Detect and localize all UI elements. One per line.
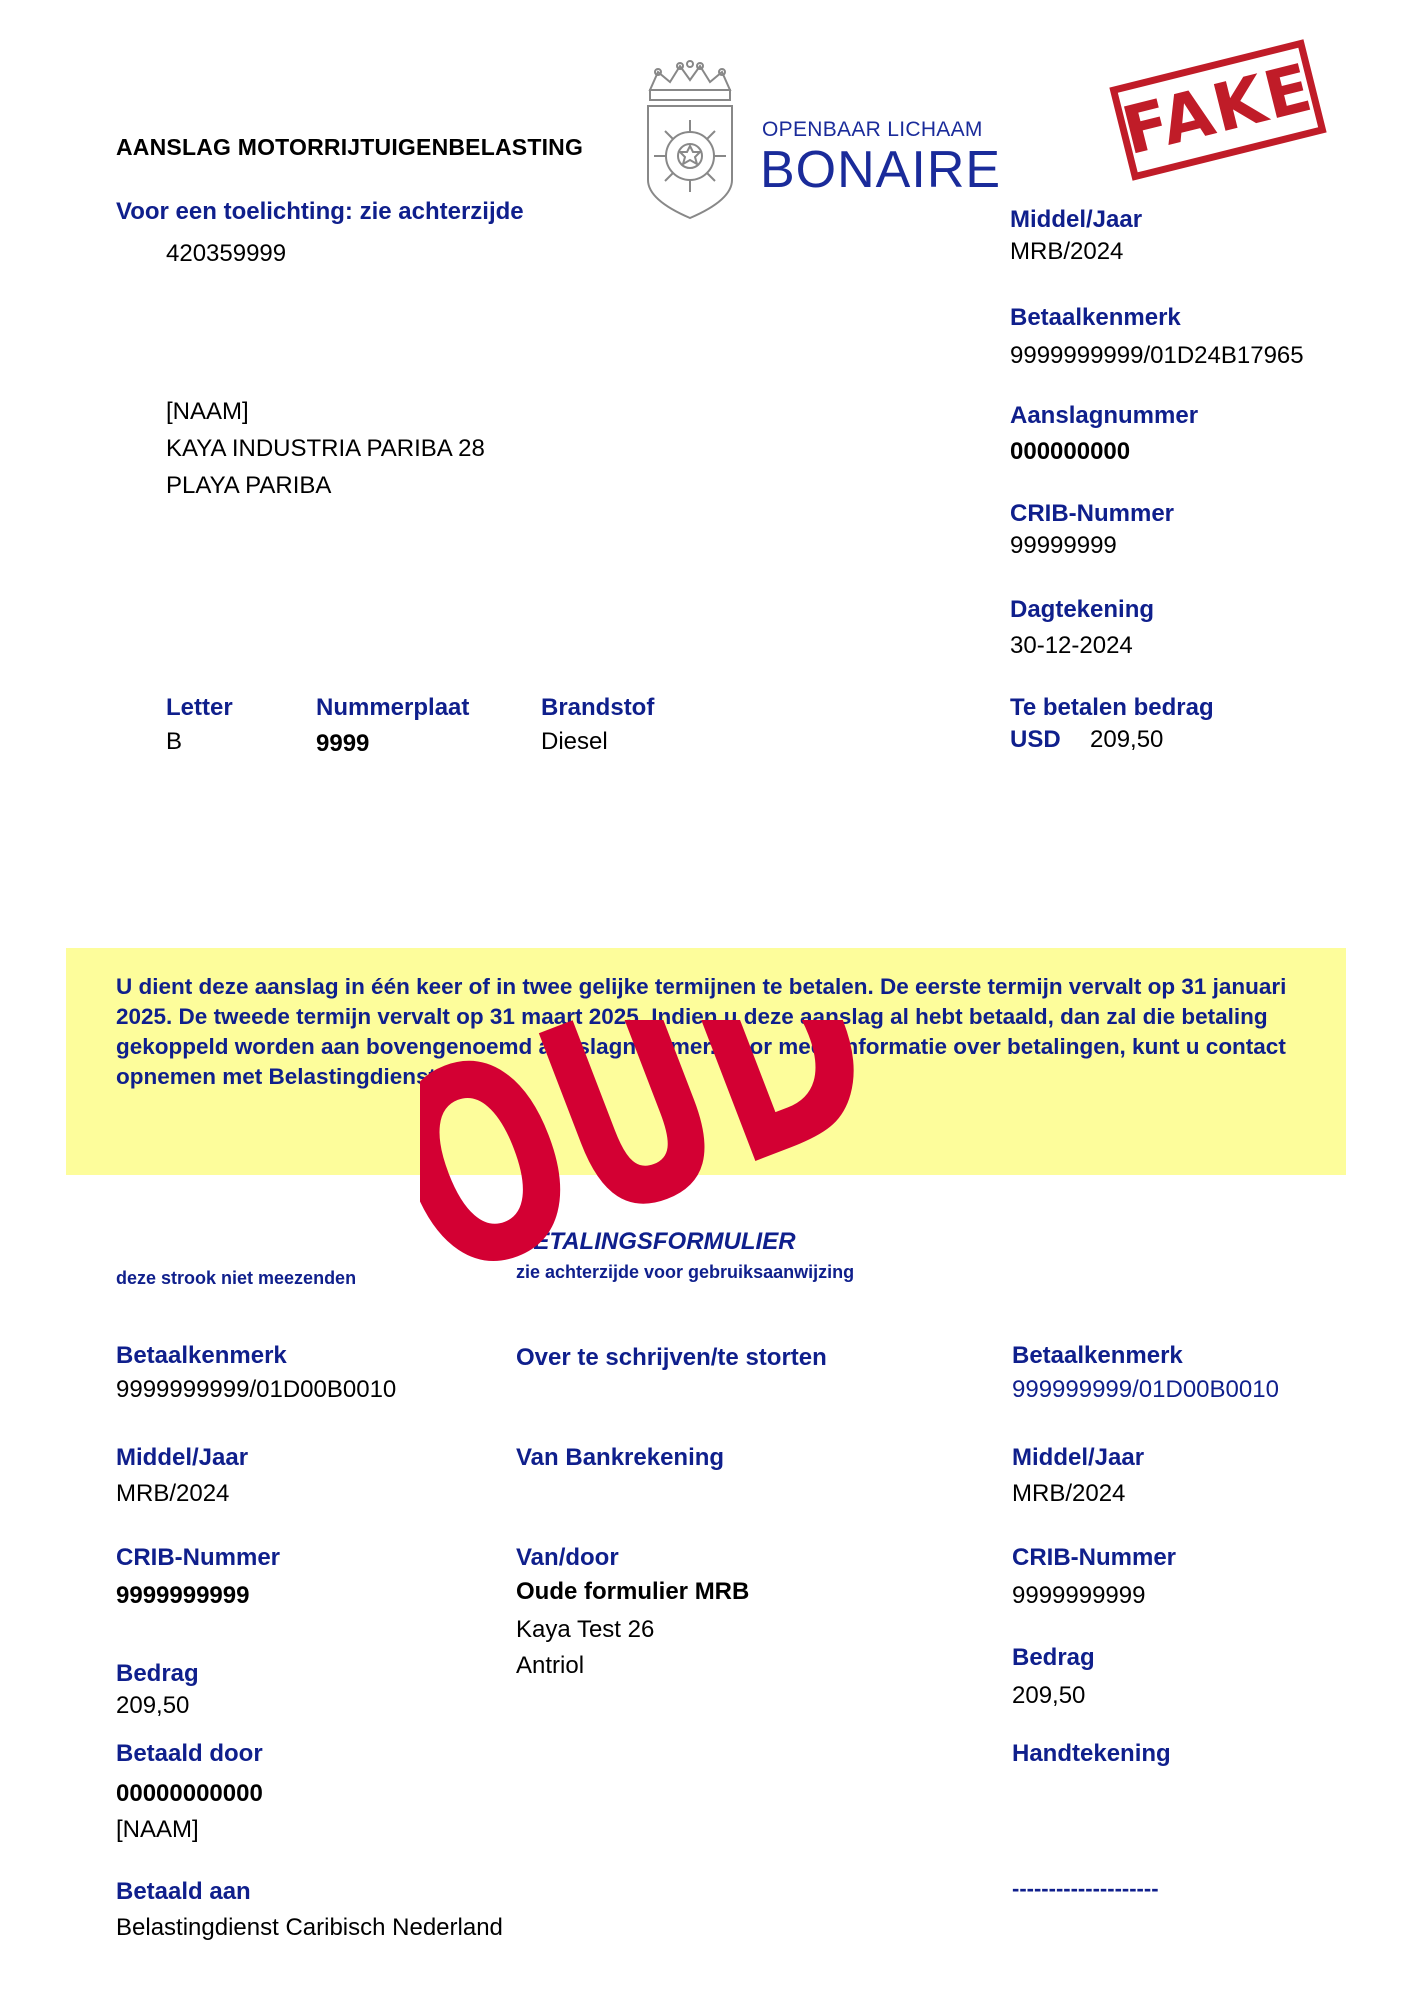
- aanslagnummer-label: Aanslagnummer: [1010, 402, 1198, 430]
- middel-jaar-value: MRB/2024: [1010, 238, 1123, 266]
- slip-bedrag-label: Bedrag: [116, 1660, 199, 1688]
- slip-right-betaalkenmerk-label: Betaalkenmerk: [1012, 1342, 1183, 1370]
- signature-line: --------------------: [1012, 1876, 1159, 1902]
- slip-right-betaalkenmerk-value: 999999999/01D00B0010: [1012, 1376, 1279, 1404]
- betaald-door-name: [NAAM]: [116, 1816, 199, 1844]
- van-bankrekening-label: Van Bankrekening: [516, 1444, 724, 1472]
- slip-bedrag-value: 209,50: [116, 1692, 189, 1720]
- van-door-street: Kaya Test 26: [516, 1616, 654, 1644]
- middel-jaar-label: Middel/Jaar: [1010, 206, 1142, 234]
- slip-middel-jaar-label: Middel/Jaar: [116, 1444, 248, 1472]
- betaalkenmerk-value: 9999999999/01D24B17965: [1010, 342, 1304, 370]
- slip-betaalkenmerk-value: 9999999999/01D00B0010: [116, 1376, 396, 1404]
- te-betalen-label: Te betalen bedrag: [1010, 694, 1214, 722]
- keep-slip-note: deze strook niet meezenden: [116, 1268, 356, 1289]
- reference-number: 420359999: [166, 240, 286, 268]
- addressee-name: [NAAM]: [166, 398, 249, 426]
- handtekening-label: Handtekening: [1012, 1740, 1171, 1768]
- letter-value: B: [166, 728, 182, 756]
- betaald-aan-label: Betaald aan: [116, 1878, 251, 1906]
- logo-line1: OPENBAAR LICHAAM: [762, 118, 983, 142]
- slip-right-crib-label: CRIB-Nummer: [1012, 1544, 1176, 1572]
- van-door-city: Antriol: [516, 1652, 584, 1680]
- oud-stamp-text: OUD: [420, 1020, 911, 1320]
- dagtekening-value: 30-12-2024: [1010, 632, 1133, 660]
- fake-stamp: FAKE: [1109, 39, 1326, 181]
- slip-right-bedrag-label: Bedrag: [1012, 1644, 1095, 1672]
- coat-of-arms-icon: [640, 60, 740, 220]
- betaald-door-label: Betaald door: [116, 1740, 263, 1768]
- betaald-door-account: 00000000000: [116, 1780, 263, 1808]
- crib-nummer-value: 99999999: [1010, 532, 1117, 560]
- document-title: AANSLAG MOTORRIJTUIGENBELASTING: [116, 134, 583, 161]
- fake-stamp-text: FAKE: [1116, 55, 1319, 166]
- slip-crib-label: CRIB-Nummer: [116, 1544, 280, 1572]
- nummerplaat-value: 9999: [316, 730, 369, 758]
- slip-right-bedrag-value: 209,50: [1012, 1682, 1085, 1710]
- currency-code: USD: [1010, 726, 1061, 754]
- aanslagnummer-value: 000000000: [1010, 438, 1130, 466]
- addressee-city: PLAYA PARIBA: [166, 472, 331, 500]
- addressee-street: KAYA INDUSTRIA PARIBA 28: [166, 435, 485, 463]
- slip-betaalkenmerk-label: Betaalkenmerk: [116, 1342, 287, 1370]
- crib-nummer-label: CRIB-Nummer: [1010, 500, 1174, 528]
- explanation-note: Voor een toelichting: zie achterzijde: [116, 198, 524, 226]
- slip-right-middel-jaar-label: Middel/Jaar: [1012, 1444, 1144, 1472]
- slip-right-crib-value: 9999999999: [1012, 1582, 1145, 1610]
- nummerplaat-label: Nummerplaat: [316, 694, 469, 722]
- oud-stamp: OUD: [420, 1020, 940, 1320]
- betaald-aan-value: Belastingdienst Caribisch Nederland: [116, 1914, 503, 1942]
- betaalkenmerk-label: Betaalkenmerk: [1010, 304, 1181, 332]
- over-te-schrijven-label: Over te schrijven/te storten: [516, 1344, 827, 1372]
- slip-crib-value: 9999999999: [116, 1582, 249, 1610]
- brandstof-label: Brandstof: [541, 694, 654, 722]
- van-door-label: Van/door: [516, 1544, 619, 1572]
- amount-due: 209,50: [1090, 726, 1163, 754]
- dagtekening-label: Dagtekening: [1010, 596, 1154, 624]
- logo-line2: BONAIRE: [760, 144, 1001, 196]
- brandstof-value: Diesel: [541, 728, 608, 756]
- letter-label: Letter: [166, 694, 233, 722]
- van-door-name: Oude formulier MRB: [516, 1578, 749, 1606]
- slip-middel-jaar-value: MRB/2024: [116, 1480, 229, 1508]
- slip-right-middel-jaar-value: MRB/2024: [1012, 1480, 1125, 1508]
